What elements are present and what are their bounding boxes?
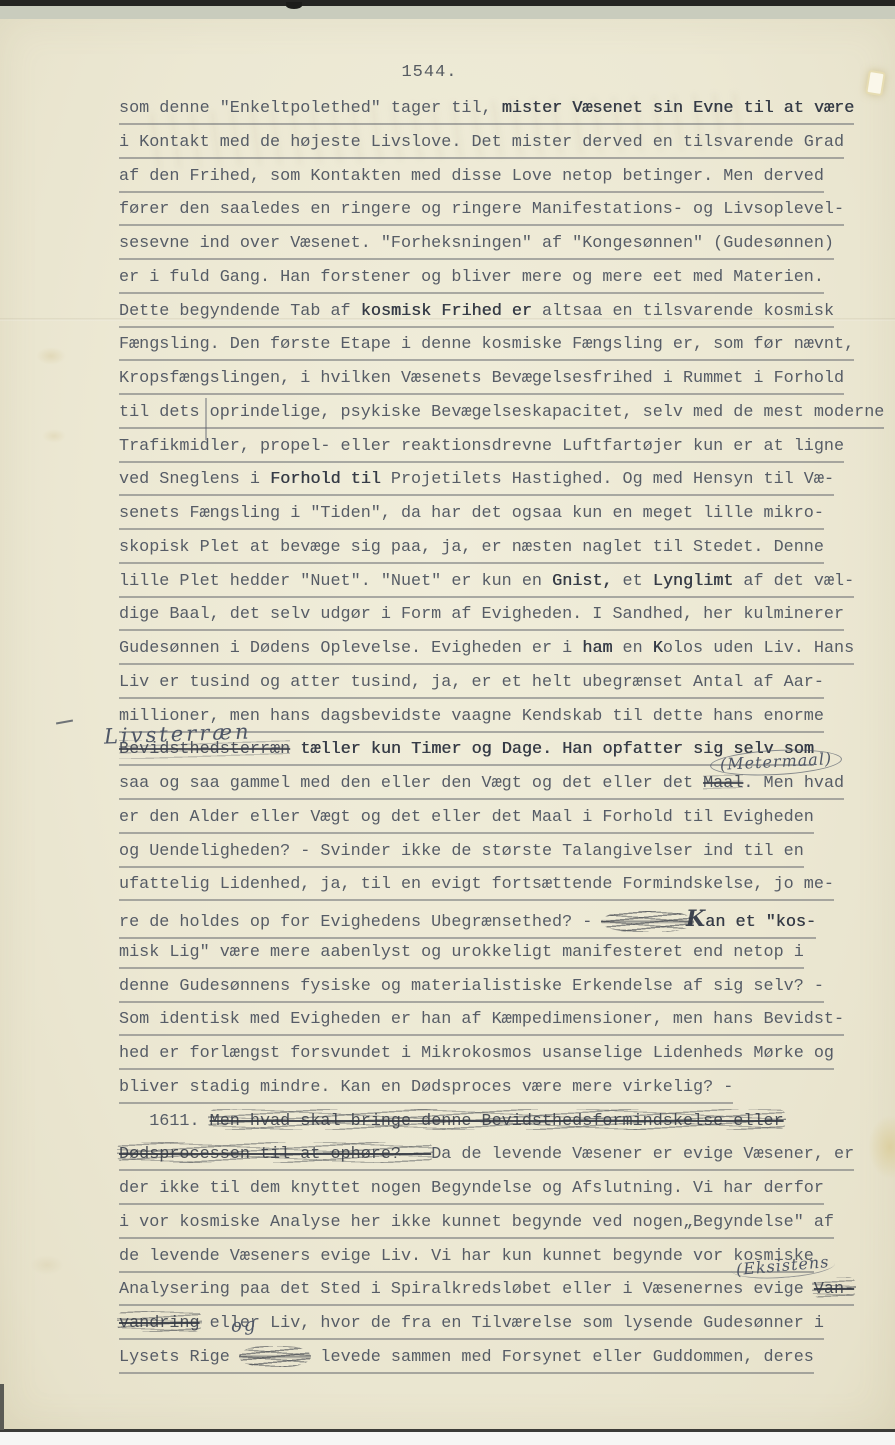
- paper-stain: [36, 347, 66, 365]
- typed-line: lille Plet hedder "Nuet". "Nuet" er kun …: [119, 571, 895, 605]
- struck-out-text: [240, 1348, 311, 1367]
- paper-chip-blemish: [865, 70, 886, 96]
- paper-left-edge-shadow: [0, 1384, 4, 1430]
- struck-out-text: vandring: [119, 1314, 200, 1333]
- typed-line: Som identisk med Evigheden er han af Kæm…: [119, 1009, 895, 1043]
- typed-line: i vor kosmiske Analyse her ikke kunnet b…: [119, 1212, 895, 1246]
- typed-line: er den Alder eller Vægt og det eller det…: [119, 807, 895, 841]
- typed-line: til dets oprindelige, psykiske Bevægelse…: [119, 402, 895, 436]
- typed-line: Dødsprocessen til at ophøre? - Da de lev…: [119, 1144, 895, 1178]
- scanner-top-band: [0, 6, 895, 19]
- typed-line: denne Gudesønnens fysiske og materialist…: [119, 976, 895, 1010]
- struck-out-text: [602, 913, 693, 932]
- paper-stain: [42, 429, 66, 443]
- typed-line: Kropsfængslingen, i hvilken Væsenets Bev…: [119, 368, 895, 402]
- struck-out-text: Van-: [814, 1280, 854, 1299]
- typed-line: re de holdes op for Evighedens Ubegrænse…: [119, 908, 895, 942]
- typed-line: af den Frihed, som Kontakten med disse L…: [119, 166, 895, 200]
- typed-line: skopisk Plet at bevæge sig paa, ja, er n…: [119, 537, 895, 571]
- typed-line: dige Baal, det selv udgør i Form af Evig…: [119, 604, 895, 638]
- typed-line: ved Sneglens i Forhold til Projetilets H…: [119, 469, 895, 503]
- typed-line: bliver stadig mindre. Kan en Dødsproces …: [119, 1077, 895, 1111]
- typed-line: sesevne ind over Væsenet. "Forheksningen…: [119, 233, 895, 267]
- page-number: 1544.: [0, 63, 859, 82]
- typed-line: i Kontakt med de højeste Livslove. Det m…: [119, 132, 895, 166]
- handwritten-correction-livsterraen: Livsterræn: [104, 719, 252, 748]
- struck-out-text: Maal: [703, 774, 743, 793]
- typed-line: Lysets Rige levede sammen med Forsynet e…: [119, 1347, 895, 1381]
- typed-line: hed er forlængst forsvundet i Mikrokosmo…: [119, 1043, 895, 1077]
- typed-line: misk Lig" være mere aabenlyst og urokkel…: [119, 942, 895, 976]
- struck-out-text: Men hvad skal bringe denne Bevidsthedsfo…: [210, 1112, 784, 1131]
- scanner-bottom-strip: [0, 1432, 895, 1445]
- typed-line: 1611. Men hvad skal bringe denne Bevidst…: [119, 1111, 895, 1145]
- typed-line: Dette begyndende Tab af kosmisk Frihed e…: [119, 301, 895, 335]
- scanner-edge-notch: [286, 2, 302, 9]
- typed-line: og Uendeligheden? - Svinder ikke de stør…: [119, 841, 895, 875]
- typed-line: er i fuld Gang. Han forstener og bliver …: [119, 267, 895, 301]
- insertion-caret-mark: [205, 398, 207, 440]
- typed-line: saa og saa gammel med den eller den Vægt…: [119, 773, 895, 807]
- typed-line: som denne "Enkeltpolethed" tager til, mi…: [119, 98, 895, 132]
- typed-line: fører den saaledes en ringere og ringere…: [119, 199, 895, 233]
- typed-line: senets Fængsling i "Tiden", da har det o…: [119, 503, 895, 537]
- typed-line: ufattelig Lidenhed, ja, til en evigt for…: [119, 874, 895, 908]
- typed-line: Trafikmidler, propel- eller reaktionsdre…: [119, 436, 895, 470]
- typed-line: Fængsling. Den første Etape i denne kosm…: [119, 334, 895, 368]
- typed-line: Gudesønnen i Dødens Oplevelse. Evigheden…: [119, 638, 895, 672]
- handwritten-correction-og: og: [230, 1314, 258, 1337]
- typed-line: Analysering paa det Sted i Spiralkredslø…: [119, 1279, 895, 1313]
- typed-line: der ikke til dem knyttet nogen Begyndels…: [119, 1178, 895, 1212]
- paper-stain: [30, 1255, 64, 1275]
- struck-out-text: Dødsprocessen til at ophøre? -: [119, 1145, 431, 1164]
- typed-line: Liv er tusind og atter tusind, ja, er et…: [119, 672, 895, 706]
